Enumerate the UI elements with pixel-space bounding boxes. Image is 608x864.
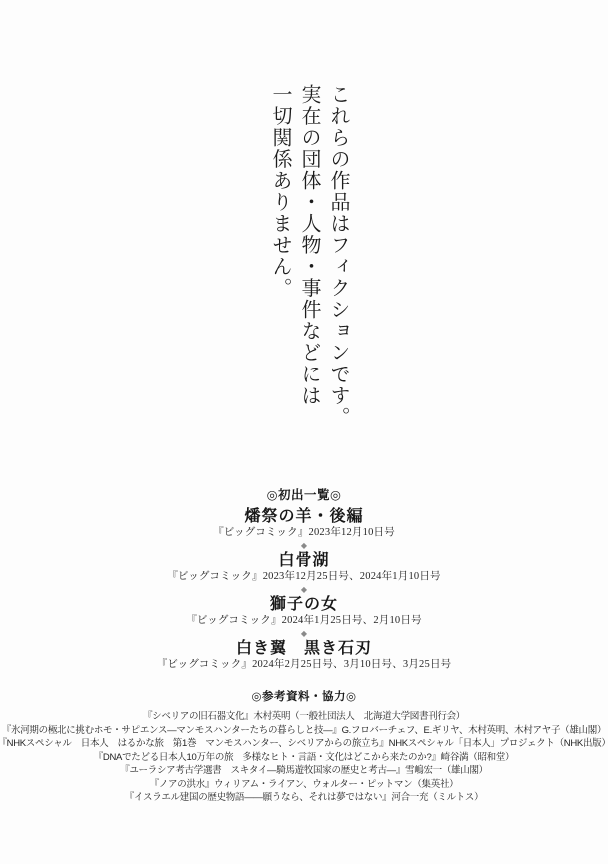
disclaimer-line: これらの作品はフィクションです。: [323, 84, 352, 440]
book-page: これらの作品はフィクションです。 実在の団体・人物・事件などには 一切関係ありま…: [0, 0, 608, 864]
publication-entry: 白骨湖 『ビッグコミック』2023年12月25日号、2024年1月10日号: [167, 553, 441, 583]
publication-issues: 『ビッグコミック』2023年12月25日号、2024年1月10日号: [167, 571, 441, 583]
reference-item: 『氷河期の極北に挑むホモ・サピエンス―マンモスハンターたちの暮らしと技―』G.フ…: [2, 724, 606, 738]
fiction-disclaimer: これらの作品はフィクションです。 実在の団体・人物・事件などには 一切関係ありま…: [265, 84, 352, 440]
diamond-separator-icon: ◆: [301, 542, 307, 550]
reference-item: 『DNAでたどる日本人10万年の旅 多様なヒト・言語・文化はどこから来たのか?』…: [94, 751, 515, 765]
first-publication-section: ◎初出一覧◎ 燔祭の羊・後編 『ビッグコミック』2023年12月10日号 ◆ 白…: [0, 488, 608, 671]
work-title: 燔祭の羊・後編: [213, 509, 395, 525]
reference-item: 『イスラエル建国の歴史物語――願うなら、それは夢ではない』河合一充（ミルトス）: [125, 791, 484, 805]
publication-entry: 燔祭の羊・後編 『ビッグコミック』2023年12月10日号: [213, 509, 395, 539]
reference-item: 『シベリアの旧石器文化』木村英明（一般社団法人 北海道大学図書刊行会）: [143, 710, 465, 724]
diamond-separator-icon: ◆: [301, 586, 307, 594]
disclaimer-line: 一切関係ありません。: [265, 84, 294, 440]
work-title: 獅子の女: [186, 597, 422, 613]
work-title: 白き翼 黒き石刃: [157, 641, 452, 657]
publication-issues: 『ビッグコミック』2024年1月25日号、2月10日号: [186, 615, 422, 627]
publication-issues: 『ビッグコミック』2023年12月10日号: [213, 527, 395, 539]
publication-entry: 白き翼 黒き石刃 『ビッグコミック』2024年2月25日号、3月10日号、3月2…: [157, 641, 452, 671]
references-section: ◎参考資料・協力◎ 『シベリアの旧石器文化』木村英明（一般社団法人 北海道大学図…: [0, 690, 608, 805]
reference-item: 『NHKスペシャル 日本人 はるかな旅 第1巻 マンモスハンター、シベリアからの…: [0, 737, 608, 751]
disclaimer-line: 実在の団体・人物・事件などには: [294, 84, 323, 440]
work-title: 白骨湖: [167, 553, 441, 569]
publication-issues: 『ビッグコミック』2024年2月25日号、3月10日号、3月25日号: [157, 659, 452, 671]
reference-item: 『ユーラシア考古学選書 スキタイ―騎馬遊牧国家の歴史と考古―』雪嶋宏一（雄山閣）: [120, 764, 488, 778]
publication-entry: 獅子の女 『ビッグコミック』2024年1月25日号、2月10日号: [186, 597, 422, 627]
first-publication-heading: ◎初出一覧◎: [267, 488, 342, 502]
diamond-separator-icon: ◆: [301, 630, 307, 638]
references-heading: ◎参考資料・協力◎: [251, 690, 356, 704]
reference-item: 『ノアの洪水』ウィリアム・ライアン、ウォルター・ピットマン（集英社）: [150, 778, 459, 792]
